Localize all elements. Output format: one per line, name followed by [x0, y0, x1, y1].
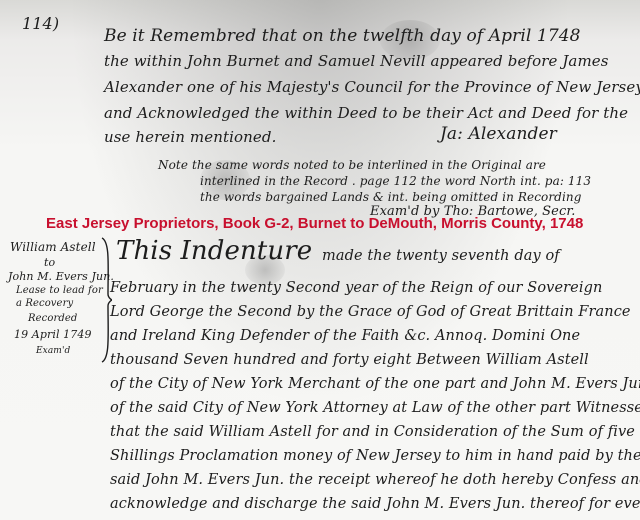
indenture-line: of the said City of New York Attorney at…: [110, 400, 640, 416]
indenture-line: made the twenty seventh day of: [322, 248, 560, 264]
margin-brace: [100, 236, 112, 364]
indenture-line: said John M. Evers Jun. the receipt wher…: [110, 472, 640, 488]
margin-line: Exam'd: [36, 346, 70, 356]
signature-alexander: Ja: Alexander: [440, 124, 557, 144]
acknowledgment-line: use herein mentioned.: [104, 128, 276, 146]
indenture-line: Shillings Proclamation money of New Jers…: [110, 448, 640, 464]
indenture-line: February in the twenty Second year of th…: [110, 280, 602, 296]
note-line: Note the same words noted to be interlin…: [158, 158, 546, 172]
indenture-line: Lord George the Second by the Grace of G…: [110, 304, 631, 320]
scanned-deed-page: 114) Be it Remembred that on the twelfth…: [0, 0, 640, 520]
margin-line: Recorded: [28, 313, 77, 324]
margin-line: 19 April 1749: [14, 328, 92, 341]
acknowledgment-line: Alexander one of his Majesty's Council f…: [104, 78, 640, 96]
indenture-heading: This Indenture: [116, 236, 312, 266]
indenture-line: that the said William Astell for and in …: [110, 424, 635, 440]
document-caption: East Jersey Proprietors, Book G-2, Burne…: [46, 215, 583, 232]
folio-number: 114): [22, 14, 59, 33]
margin-line: William Astell: [10, 240, 96, 254]
indenture-line: and Ireland King Defender of the Faith &…: [110, 328, 580, 344]
acknowledgment-line: the within John Burnet and Samuel Nevill…: [104, 52, 609, 70]
indenture-line: acknowledge and discharge the said John …: [110, 496, 640, 512]
acknowledgment-line: Be it Remembred that on the twelfth day …: [104, 26, 581, 46]
note-line: interlined in the Record . page 112 the …: [200, 174, 591, 188]
indenture-line: of the City of New York Merchant of the …: [110, 376, 640, 392]
margin-line: John M. Evers Jun.: [8, 270, 114, 283]
margin-line: to: [44, 256, 55, 269]
note-line: the words bargained Lands & int. being o…: [200, 190, 582, 204]
margin-line: Lease to lead for: [16, 285, 103, 296]
indenture-line: thousand Seven hundred and forty eight B…: [110, 352, 589, 368]
margin-line: a Recovery: [16, 298, 73, 309]
acknowledgment-line: and Acknowledged the within Deed to be t…: [104, 104, 628, 122]
